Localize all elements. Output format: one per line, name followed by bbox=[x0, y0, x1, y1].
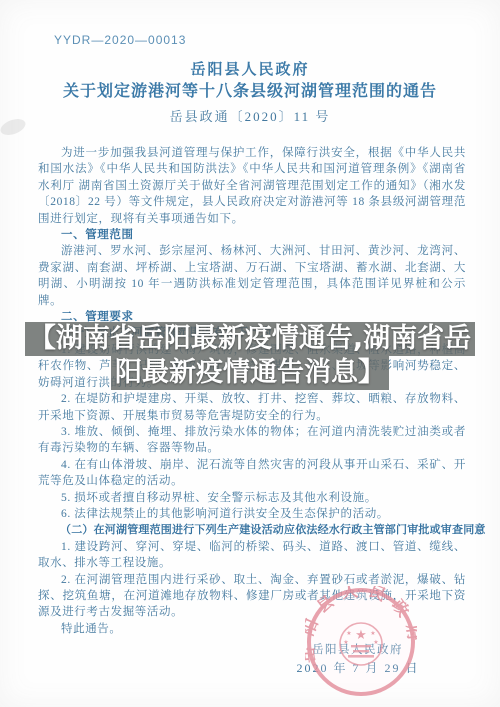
notice-body: 为进一步加强我县河道管理与保护工作，保障行洪安全，根据《中华人民共和国水法》《中… bbox=[38, 145, 466, 637]
paragraph-scope: 游港河、罗水河、彭宗屋河、杨林河、大洲河、甘田河、黄沙河、龙湾河、费家湖、南套湖… bbox=[38, 243, 466, 309]
notice-title: 关于划定游港河等十八条县级河湖管理范围的通告 bbox=[0, 78, 500, 101]
official-seal: 岳阳县人民政府 ★ ★ ★ ★ ★ bbox=[305, 586, 417, 698]
document-number: YYDR—2020—00013 bbox=[54, 33, 186, 47]
prohibited-item-5: 5. 损坏或者擅自移动界桩、安全警示标志及其他水利设施。 bbox=[38, 490, 466, 506]
overlay-caption-line-2: 阳最新疫情通告消息】 bbox=[111, 356, 389, 390]
section-1-heading: 一、管理范围 bbox=[38, 227, 466, 243]
issuing-authority-title: 岳阳县人民政府 bbox=[0, 58, 500, 79]
svg-text:★: ★ bbox=[373, 639, 378, 646]
seo-overlay-caption: 【湖南省岳阳最新疫情通告,湖南省岳 阳最新疫情通告消息】 bbox=[0, 322, 500, 390]
approval-item-1: 1. 建设跨河、穿河、穿堤、临河的桥梁、码头、道路、渡口、管道、缆线、取水、排水… bbox=[38, 539, 466, 572]
svg-text:★: ★ bbox=[355, 627, 367, 642]
svg-text:★: ★ bbox=[370, 630, 375, 637]
document-reference-number: 岳县政通〔2020〕11 号 bbox=[0, 106, 500, 125]
svg-text:★: ★ bbox=[346, 630, 351, 637]
overlay-caption-line-1: 【湖南省岳阳最新疫情通告,湖南省岳 bbox=[25, 322, 475, 356]
prohibited-item-4: 4. 在有山体滑坡、崩岸、泥石流等自然灾害的河段从事开山采石、采矿、开荒等危及山… bbox=[38, 457, 466, 490]
prohibited-item-2: 2. 在堤防和护堤建房、开渠、放牧、打井、挖窖、葬坟、晒粮、存放物料、开采地下资… bbox=[38, 391, 466, 424]
paragraph-intro: 为进一步加强我县河道管理与保护工作，保障行洪安全，根据《中华人民共和国水法》《中… bbox=[38, 145, 466, 227]
svg-text:★: ★ bbox=[343, 639, 348, 646]
prohibited-item-6: 6. 法律法规禁止的其他影响河道行洪安全及生态保护的活动。 bbox=[38, 506, 466, 522]
prohibited-item-3: 3. 堆放、倾倒、掩埋、排放污染水体的物体；在河道内清洗装贮过油类或者有毒污染物… bbox=[38, 424, 466, 457]
subsection-2-2-heading: （二）在河湖管理范围进行下列生产建设活动应依法经水行政主管部门审批或审查同意 bbox=[38, 522, 466, 538]
scanned-notice-document: YYDR—2020—00013 岳阳县人民政府 关于划定游港河等十八条县级河湖管… bbox=[0, 0, 500, 707]
